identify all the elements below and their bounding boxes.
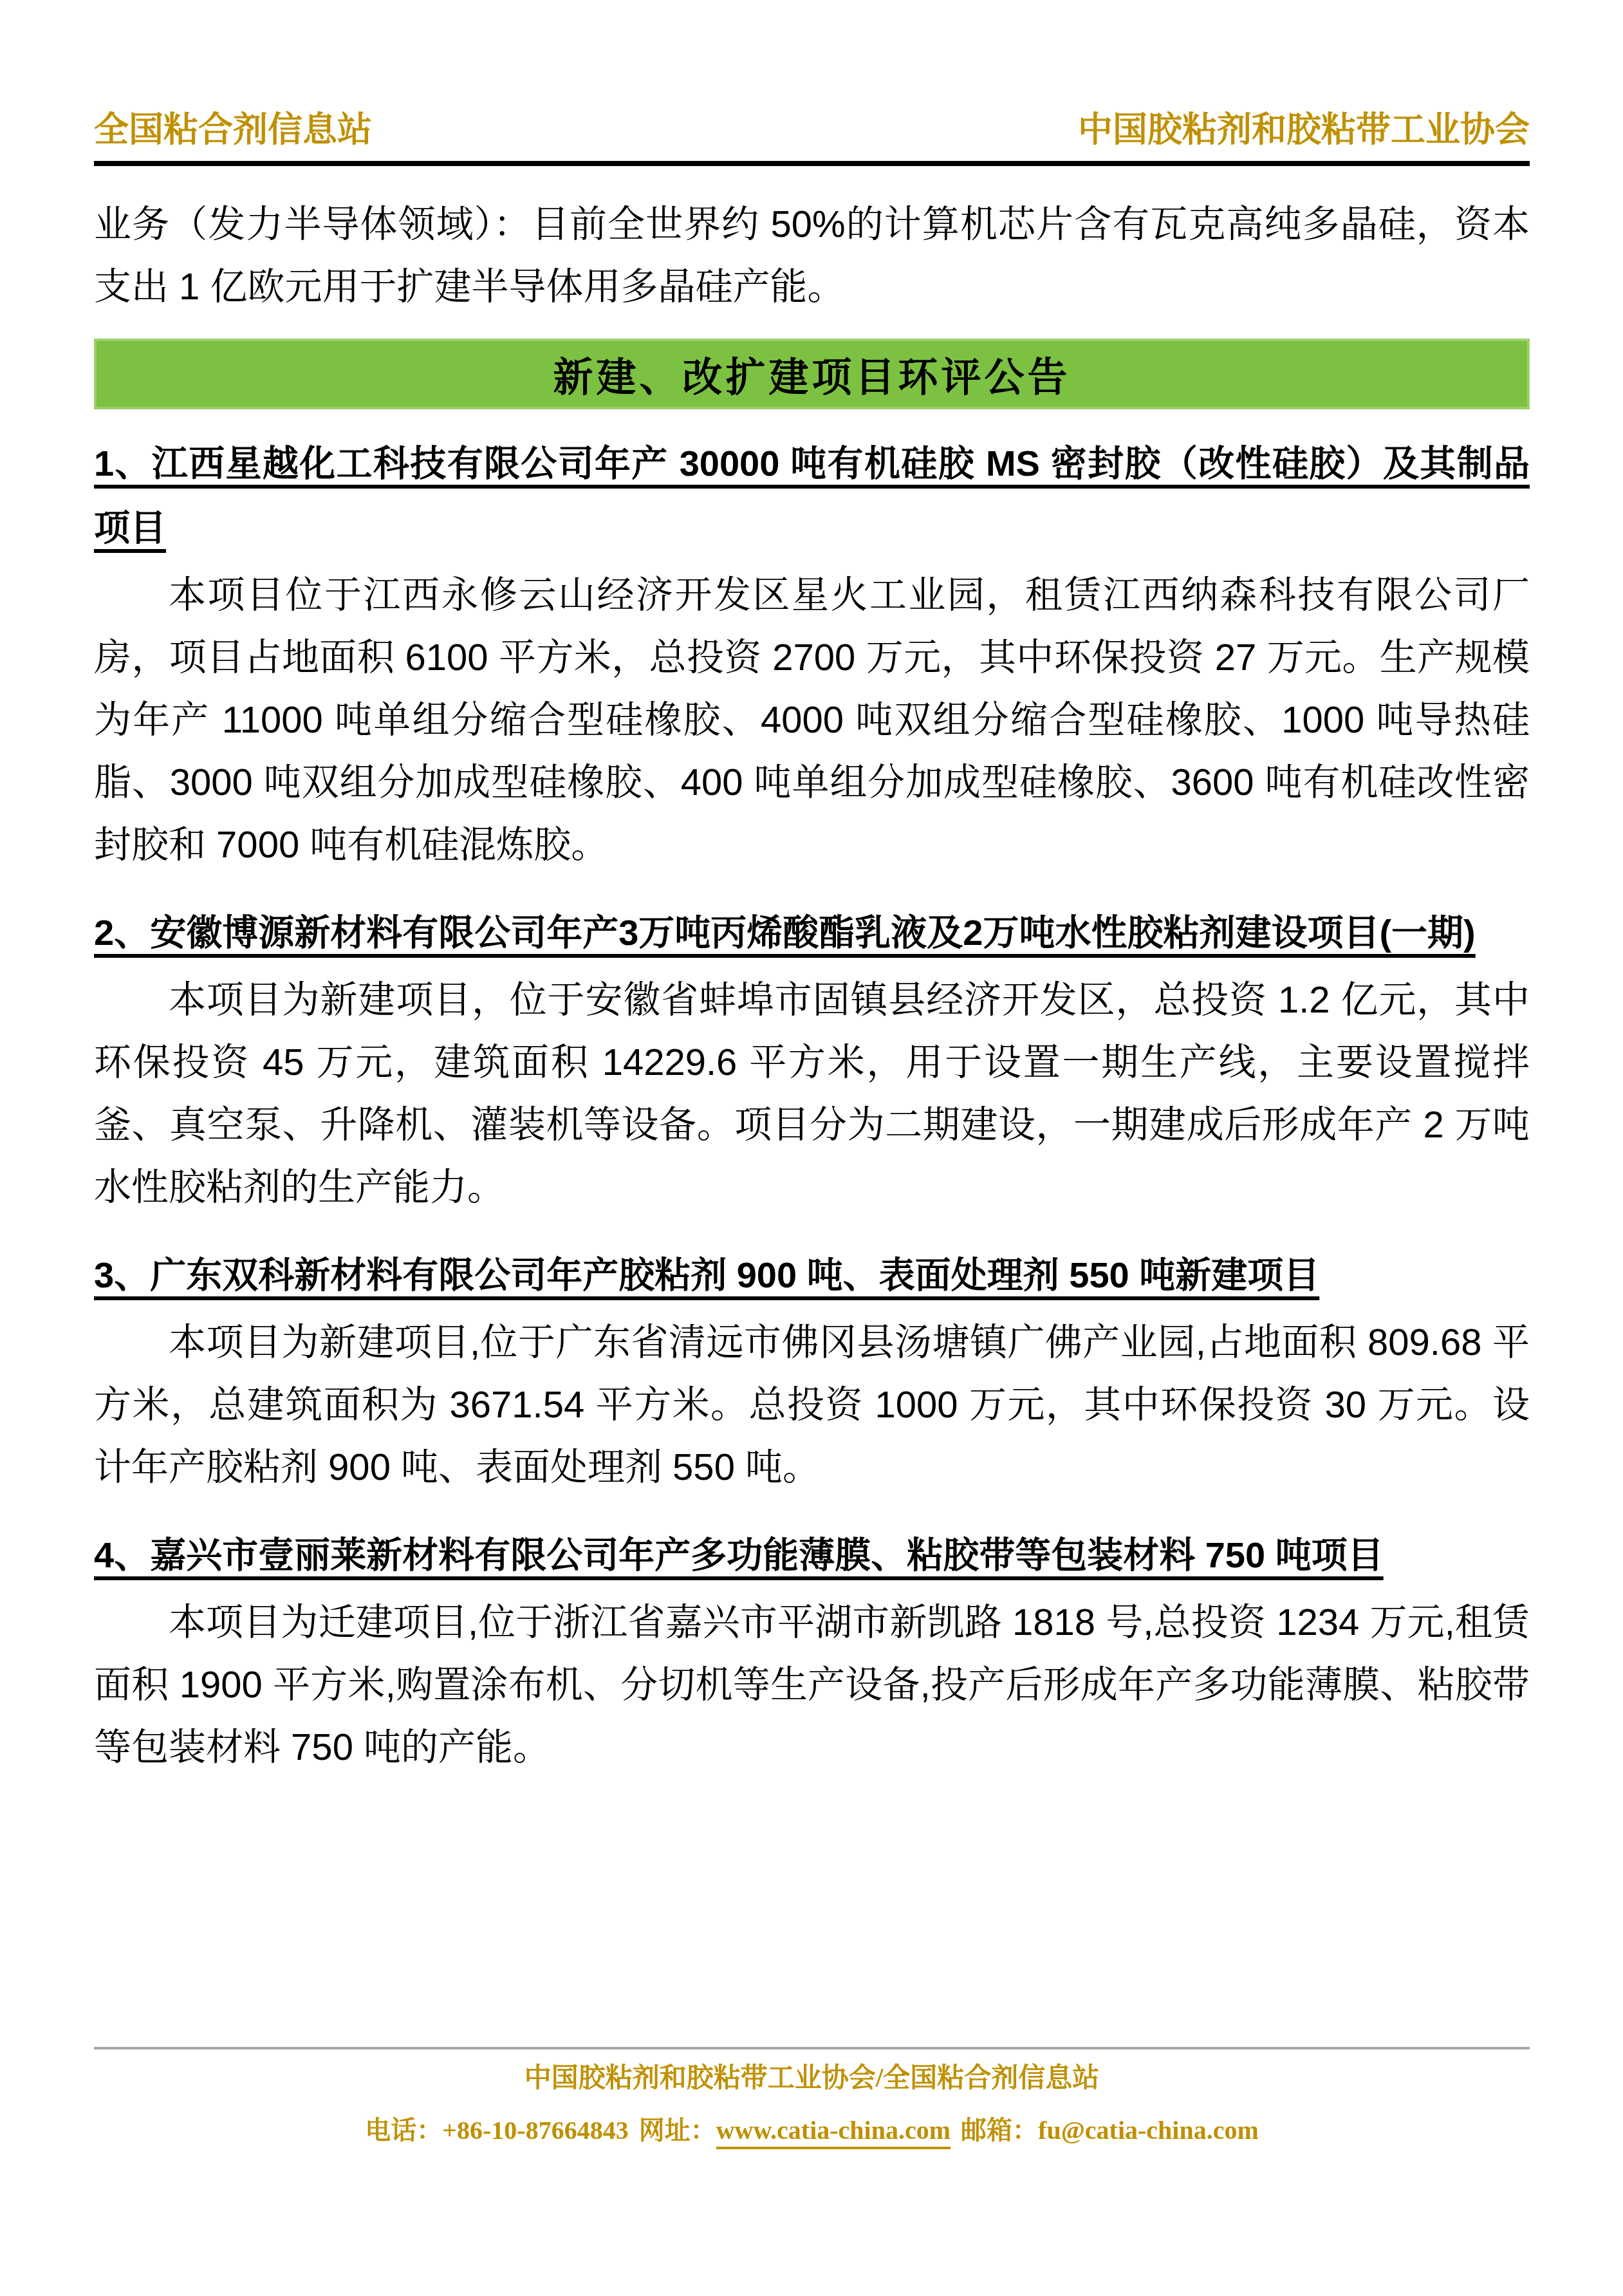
announcement-banner: 新建、改扩建项目环评公告: [94, 339, 1530, 409]
email-label: 邮箱：: [961, 2116, 1038, 2145]
section-2-body: 本项目为新建项目，位于安徽省蚌埠市固镇县经济开发区，总投资 1.2 亿元，其中环…: [94, 969, 1530, 1218]
banner-title: 新建、改扩建项目环评公告: [553, 346, 1070, 403]
section-3-body: 本项目为新建项目,位于广东省清远市佛冈县汤塘镇广佛产业园,占地面积 809.68…: [94, 1311, 1530, 1498]
section-3: 3、广东双科新材料有限公司年产胶粘剂 900 吨、表面处理剂 550 吨新建项目…: [94, 1243, 1530, 1498]
footer-org-line: 中国胶粘剂和胶粘带工业协会/全国粘合剂信息站: [94, 2061, 1530, 2096]
website-link[interactable]: www.catia-china.com: [716, 2116, 951, 2149]
phone-number: +86-10-87664843: [442, 2116, 628, 2145]
section-3-heading: 3、广东双科新材料有限公司年产胶粘剂 900 吨、表面处理剂 550 吨新建项目: [94, 1243, 1530, 1307]
website-label: 网址：: [639, 2116, 716, 2145]
section-1-heading: 1、江西星越化工科技有限公司年产 30000 吨有机硅胶 MS 密封胶（改性硅胶…: [94, 431, 1530, 560]
section-2: 2、安徽博源新材料有限公司年产3万吨丙烯酸酯乳液及2万吨水性胶粘剂建设项目(一期…: [94, 901, 1530, 1218]
document-page: 全国粘合剂信息站 中国胶粘剂和胶粘带工业协会 业务（发力半导体领域）：目前全世界…: [0, 0, 1623, 2296]
header-left-title: 全国粘合剂信息站: [94, 107, 372, 153]
section-4-heading: 4、嘉兴市壹丽莱新材料有限公司年产多功能薄膜、粘胶带等包装材料 750 吨项目: [94, 1523, 1530, 1587]
header-right-title: 中国胶粘剂和胶粘带工业协会: [1078, 107, 1530, 153]
section-4-body: 本项目为迁建项目,位于浙江省嘉兴市平湖市新凯路 1818 号,总投资 1234 …: [94, 1591, 1530, 1778]
section-4: 4、嘉兴市壹丽莱新材料有限公司年产多功能薄膜、粘胶带等包装材料 750 吨项目 …: [94, 1523, 1530, 1778]
page-footer: 中国胶粘剂和胶粘带工业协会/全国粘合剂信息站 电话：+86-10-8766484…: [94, 2047, 1530, 2147]
section-1-body: 本项目位于江西永修云山经济开发区星火工业园，租赁江西纳森科技有限公司厂房，项目占…: [94, 564, 1530, 876]
footer-contact-line: 电话：+86-10-87664843网址：www.catia-china.com…: [94, 2114, 1530, 2147]
header-rule: [94, 161, 1530, 166]
intro-paragraph: 业务（发力半导体领域）：目前全世界约 50%的计算机芯片含有瓦克高纯多晶硅，资本…: [94, 193, 1530, 318]
section-1: 1、江西星越化工科技有限公司年产 30000 吨有机硅胶 MS 密封胶（改性硅胶…: [94, 431, 1530, 876]
section-2-heading: 2、安徽博源新材料有限公司年产3万吨丙烯酸酯乳液及2万吨水性胶粘剂建设项目(一期…: [94, 901, 1530, 965]
footer-rule: [94, 2047, 1530, 2049]
page-header: 全国粘合剂信息站 中国胶粘剂和胶粘带工业协会: [94, 0, 1530, 153]
email-address: fu@catia-china.com: [1038, 2116, 1259, 2145]
page-content: 全国粘合剂信息站 中国胶粘剂和胶粘带工业协会 业务（发力半导体领域）：目前全世界…: [94, 0, 1530, 1803]
phone-label: 电话：: [365, 2116, 442, 2145]
